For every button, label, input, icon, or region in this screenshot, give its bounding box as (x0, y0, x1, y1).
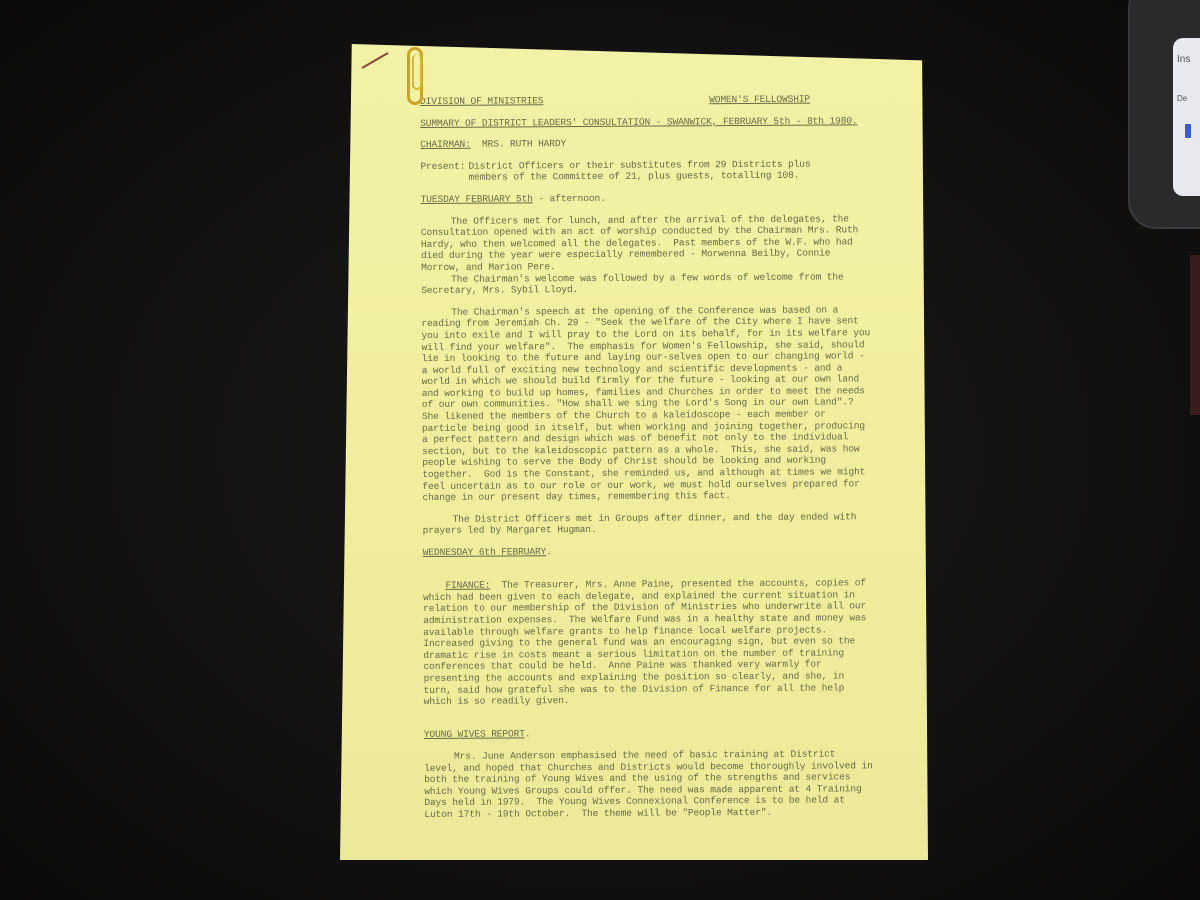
chairman-label: CHAIRMAN: (420, 139, 471, 150)
section-heading-tuesday: TUESDAY FEBRUARY 5th - afternoon. (421, 191, 871, 205)
red-object-edge (1190, 255, 1200, 415)
young-wives-heading: YOUNG WIVES REPORT (424, 729, 525, 741)
young-wives-heading-suffix: . (525, 729, 531, 740)
document-title: SUMMARY OF DISTRICT LEADERS' CONSULTATIO… (420, 115, 870, 129)
chairman-name: MRS. RUTH HARDY (482, 138, 566, 150)
paperclip (407, 47, 423, 105)
paragraph-speech: The Chairman's speech at the opening of … (421, 304, 872, 504)
document-header: DIVISION OF MINISTRIES WOMEN'S FELLOWSHI… (420, 93, 870, 107)
section-heading-young-wives: YOUNG WIVES REPORT. (424, 727, 874, 741)
header-fellowship: WOMEN'S FELLOWSHIP (709, 94, 810, 106)
paragraph-young-wives: Mrs. June Anderson emphasised the need o… (424, 748, 874, 820)
document-text: DIVISION OF MINISTRIES WOMEN'S FELLOWSHI… (420, 93, 874, 820)
paragraph-finance: FINANCE: The Treasurer, Mrs. Anne Paine,… (423, 566, 874, 719)
header-division: DIVISION OF MINISTRIES (420, 95, 543, 107)
tuesday-heading: TUESDAY FEBRUARY 5th (421, 193, 533, 205)
section-heading-wednesday: WEDNESDAY 6th FEBRUARY. (423, 544, 873, 558)
phone-screen: Ins De (1173, 38, 1200, 196)
phone-screen-subtext: De (1177, 94, 1187, 103)
present-label: Present: (420, 160, 468, 183)
paragraph-arrival: The Officers met for lunch, and after th… (421, 213, 871, 274)
tuesday-heading-suffix: - afternoon. (533, 193, 606, 204)
phone-screen-text: Ins (1177, 54, 1190, 65)
paragraph-groups: The District Officers met in Groups afte… (423, 511, 873, 537)
finance-label: FINANCE: (445, 580, 490, 591)
finance-text: The Treasurer, Mrs. Anne Paine, presente… (423, 577, 872, 707)
chairman-line: CHAIRMAN: MRS. RUTH HARDY (420, 136, 870, 150)
battery-icon (1185, 124, 1191, 138)
present-line: Present: District Officers or their subs… (420, 158, 870, 184)
wednesday-heading: WEDNESDAY 6th FEBRUARY (423, 546, 546, 558)
present-text: District Officers or their substitutes f… (468, 158, 828, 183)
wednesday-heading-suffix: . (546, 546, 552, 557)
paragraph-welcome: The Chairman's welcome was followed by a… (421, 271, 871, 297)
